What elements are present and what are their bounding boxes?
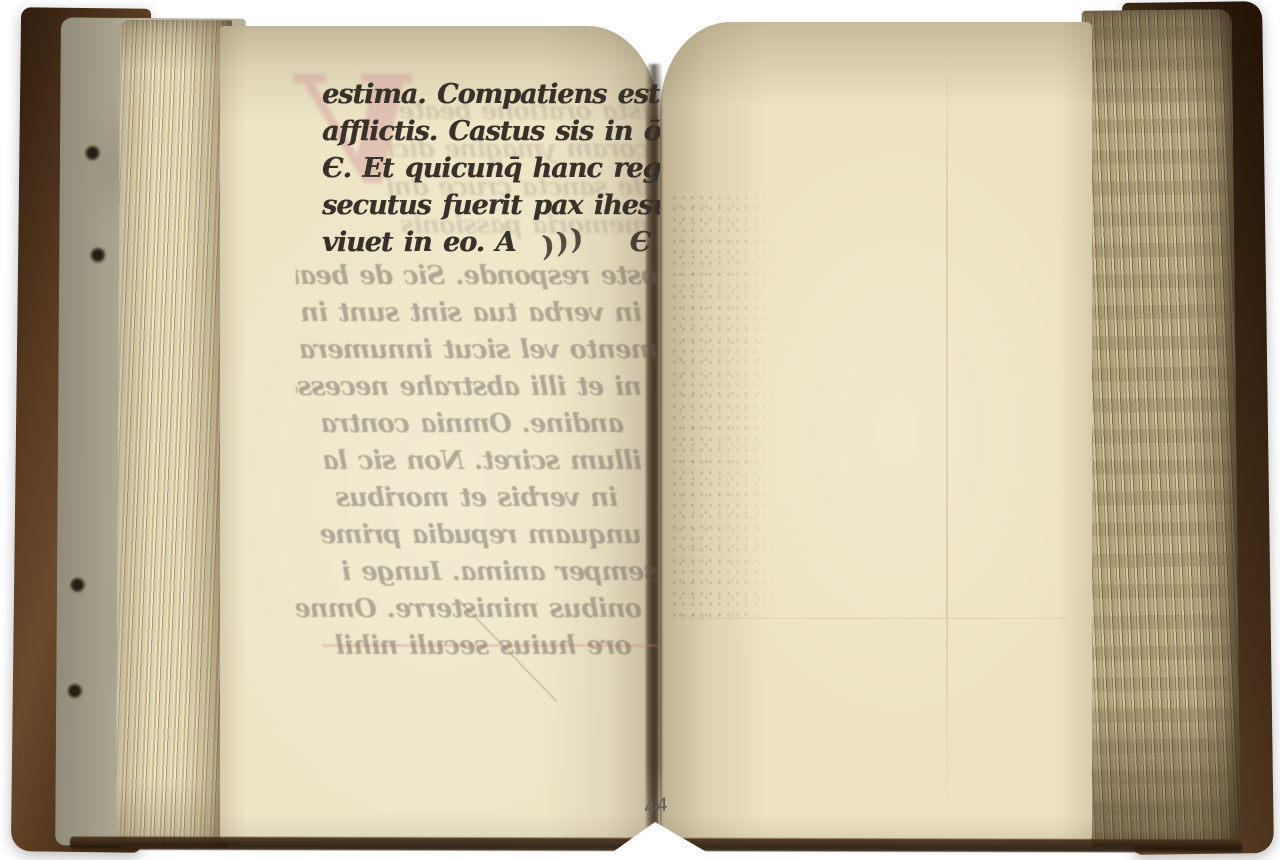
vellum-follicle-speckles <box>670 192 785 622</box>
showthrough-line: in verbis et moribus <box>296 480 618 517</box>
pen-flourish: ))) <box>538 219 590 266</box>
manuscript-photo: V ista oratione beate coram ymagine dici… <box>0 0 1280 860</box>
left-page-edge-stack <box>116 20 232 849</box>
mirrored-showthrough-text-block: oste responde. Sic de beata in verba tua… <box>296 258 658 666</box>
pencil-folio-number: 44 <box>644 794 669 819</box>
manuscript-text-line: secutus fuerit pax ihesu <box>322 187 660 224</box>
manuscript-text-line: viuet in eo. A ))) Є <box>322 224 660 261</box>
right-page-edge-stack <box>1082 9 1241 847</box>
wormhole <box>84 144 103 165</box>
right-page <box>660 22 1092 842</box>
showthrough-line: unquam repudia prime <box>296 517 642 554</box>
manuscript-text: viuet in eo. A <box>322 224 515 261</box>
manuscript-text-line: afflictis. Castus sis in ō <box>322 113 660 150</box>
showthrough-line: semper anima. Iunge i <box>296 554 658 591</box>
showthrough-line: in verba tua sint sunt in <box>296 295 642 332</box>
vertical-crease <box>946 52 948 810</box>
manuscript-text-block: estima. Compatiens esto afflictis. Castu… <box>322 76 660 276</box>
wormhole <box>66 681 85 702</box>
horizontal-crease <box>680 618 1066 619</box>
showthrough-line: ni et illi abstrahe necesse <box>296 369 642 406</box>
showthrough-line: mento vel sicut innumera <box>296 332 658 369</box>
showthrough-line: andine. Omnia contra <box>296 406 624 443</box>
terminal-letter: Є <box>630 224 650 261</box>
manuscript-text-line: estima. Compatiens esto <box>322 76 660 113</box>
showthrough-line: ore huius seculi nihil <box>296 628 632 665</box>
showthrough-line: illum sciret. Non sic la <box>296 443 642 480</box>
manuscript-text-line: Є. Et quicunq̄ hanc regul <box>322 150 660 187</box>
wormhole <box>69 575 88 596</box>
showthrough-line: onibus ministerre. Omne <box>296 591 642 628</box>
wormhole <box>89 246 108 267</box>
